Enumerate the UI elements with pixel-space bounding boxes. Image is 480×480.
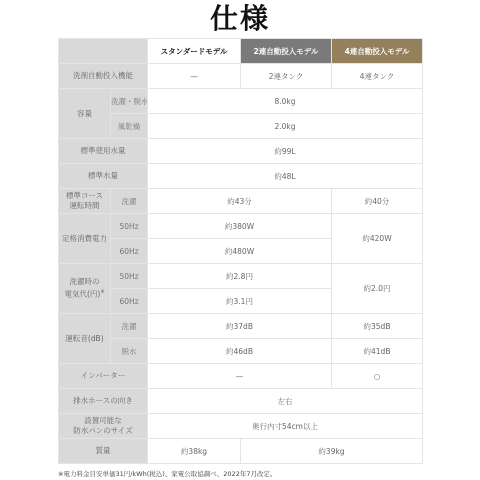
value-weight-two-four: 約39kg bbox=[241, 439, 423, 464]
value-noise-spin-std-two: 約46dB bbox=[148, 339, 332, 364]
row-noise-spin: 脱水 約46dB 約41dB bbox=[59, 339, 423, 364]
value-electricity-four-tank: 約2.0円 bbox=[332, 264, 423, 314]
row-run-time: 標準コース 運転時間 洗濯 約43分 約40分 bbox=[59, 189, 423, 214]
sublabel-electricity-50hz: 50Hz bbox=[111, 264, 148, 289]
value-electricity-50hz: 約2.8円 bbox=[148, 264, 332, 289]
sublabel-noise-spin: 脱水 bbox=[111, 339, 148, 364]
header-row: スタンダードモデル 2連自動投入モデル 4連自動投入モデル bbox=[59, 39, 423, 64]
header-standard-model: スタンダードモデル bbox=[148, 39, 241, 64]
value-pan: 奥行内寸54cm以上 bbox=[148, 414, 423, 439]
label-pan-line1: 設置可能な bbox=[84, 416, 122, 425]
value-inverter-std-two: — bbox=[148, 364, 332, 389]
header-two-tank-model: 2連自動投入モデル bbox=[241, 39, 332, 64]
value-inverter-four-tank: ○ bbox=[332, 364, 423, 389]
row-water-level: 標準水量 約48L bbox=[59, 164, 423, 189]
sublabel-electricity-60hz: 60Hz bbox=[111, 289, 148, 314]
label-run-time-line2: 運転時間 bbox=[70, 201, 100, 210]
label-noise: 運転音(dB) bbox=[59, 314, 111, 364]
row-water-use: 標準使用水量 約99L bbox=[59, 139, 423, 164]
footnote: ※電力料金目安単価31円/kWh(税込)、家電公取協調べ、2022年7月改定。 bbox=[58, 469, 276, 478]
value-electricity-60hz: 約3.1円 bbox=[148, 289, 332, 314]
value-power-50hz: 約380W bbox=[148, 214, 332, 239]
label-water-level: 標準水量 bbox=[59, 164, 148, 189]
value-noise-wash-four-tank: 約35dB bbox=[332, 314, 423, 339]
row-detergent: 洗剤自動投入機能 — 2連タンク 4連タンク bbox=[59, 64, 423, 89]
value-detergent-four-tank: 4連タンク bbox=[332, 64, 423, 89]
sublabel-capacity-wash: 洗濯・脱水 bbox=[111, 89, 148, 114]
row-pan: 設置可能な 防水パンのサイズ 奥行内寸54cm以上 bbox=[59, 414, 423, 439]
value-power-60hz: 約480W bbox=[148, 239, 332, 264]
label-electricity: 洗濯時の 電気代(円)※ bbox=[59, 264, 111, 314]
row-hose: 排水ホースの向き 左右 bbox=[59, 389, 423, 414]
row-weight: 質量 約38kg 約39kg bbox=[59, 439, 423, 464]
label-run-time-line1: 標準コース bbox=[66, 191, 103, 200]
value-run-time-four-tank: 約40分 bbox=[332, 189, 423, 214]
value-detergent-two-tank: 2連タンク bbox=[241, 64, 332, 89]
label-inverter: インバーター bbox=[59, 364, 148, 389]
label-run-time: 標準コース 運転時間 bbox=[59, 189, 111, 214]
label-detergent: 洗剤自動投入機能 bbox=[59, 64, 148, 89]
sublabel-power-50hz: 50Hz bbox=[111, 214, 148, 239]
value-noise-spin-four-tank: 約41dB bbox=[332, 339, 423, 364]
header-blank bbox=[59, 39, 148, 64]
sublabel-noise-wash: 洗濯 bbox=[111, 314, 148, 339]
value-power-four-tank: 約420W bbox=[332, 214, 423, 264]
row-inverter: インバーター — ○ bbox=[59, 364, 423, 389]
row-noise-wash: 運転音(dB) 洗濯 約37dB 約35dB bbox=[59, 314, 423, 339]
value-noise-wash-std-two: 約37dB bbox=[148, 314, 332, 339]
label-water-use: 標準使用水量 bbox=[59, 139, 148, 164]
value-capacity-dry: 2.0kg bbox=[148, 114, 423, 139]
label-pan: 設置可能な 防水パンのサイズ bbox=[59, 414, 148, 439]
footnote-mark: ※ bbox=[100, 289, 104, 295]
header-four-tank-model: 4連自動投入モデル bbox=[332, 39, 423, 64]
value-detergent-standard: — bbox=[148, 64, 241, 89]
label-electricity-line2: 電気代(円) bbox=[64, 290, 100, 299]
row-capacity-dry: 風乾燥 2.0kg bbox=[59, 114, 423, 139]
value-hose: 左右 bbox=[148, 389, 423, 414]
value-capacity-wash: 8.0kg bbox=[148, 89, 423, 114]
label-hose: 排水ホースの向き bbox=[59, 389, 148, 414]
row-electricity-50hz: 洗濯時の 電気代(円)※ 50Hz 約2.8円 約2.0円 bbox=[59, 264, 423, 289]
sublabel-power-60hz: 60Hz bbox=[111, 239, 148, 264]
sublabel-run-time-wash: 洗濯 bbox=[111, 189, 148, 214]
label-pan-line2: 防水パンのサイズ bbox=[73, 426, 132, 435]
value-run-time-std-two: 約43分 bbox=[148, 189, 332, 214]
value-weight-standard: 約38kg bbox=[148, 439, 241, 464]
value-water-use: 約99L bbox=[148, 139, 423, 164]
page-title: 仕様 bbox=[0, 2, 480, 36]
label-weight: 質量 bbox=[59, 439, 148, 464]
label-capacity: 容量 bbox=[59, 89, 111, 139]
spec-table: スタンダードモデル 2連自動投入モデル 4連自動投入モデル 洗剤自動投入機能 —… bbox=[58, 38, 423, 464]
value-water-level: 約48L bbox=[148, 164, 423, 189]
row-capacity-wash: 容量 洗濯・脱水 8.0kg bbox=[59, 89, 423, 114]
sublabel-capacity-dry: 風乾燥 bbox=[111, 114, 148, 139]
row-power-50hz: 定格消費電力 50Hz 約380W 約420W bbox=[59, 214, 423, 239]
label-power: 定格消費電力 bbox=[59, 214, 111, 264]
label-electricity-line1: 洗濯時の bbox=[70, 277, 100, 286]
